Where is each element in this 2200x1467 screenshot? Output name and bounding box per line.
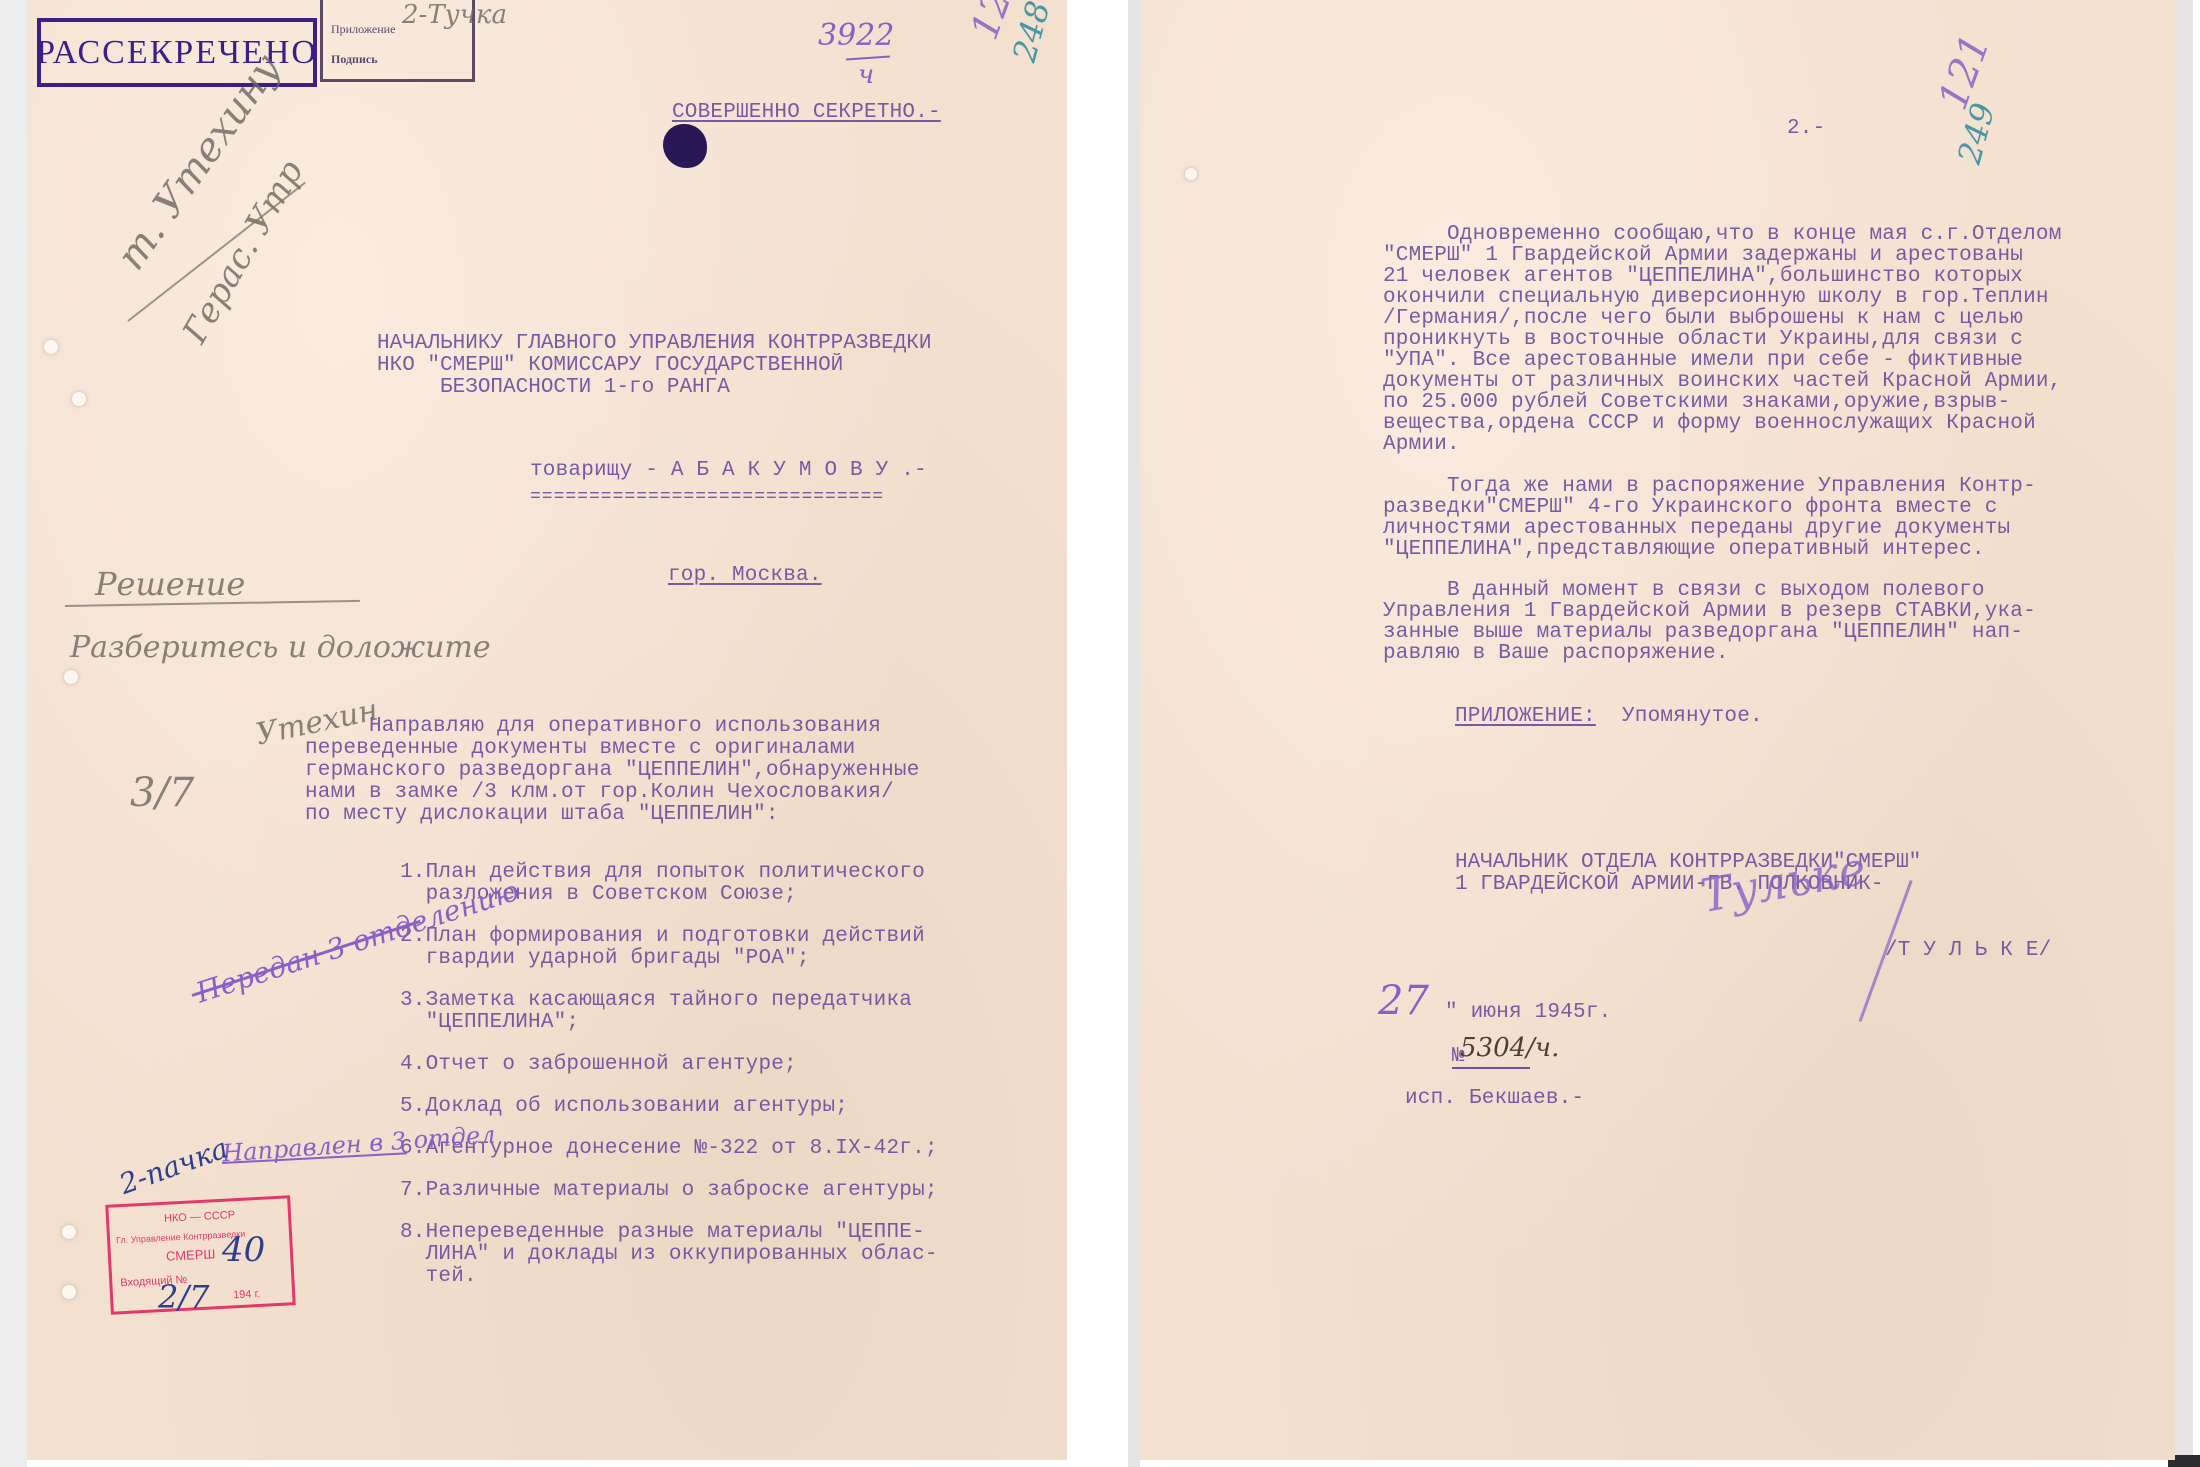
date-month-year: " июня 1945г. xyxy=(1445,1002,1611,1024)
registration-suffix: ч xyxy=(858,60,874,90)
document-page-2 xyxy=(1140,0,2175,1460)
page-number: 2.- xyxy=(1787,118,1825,140)
list-item-1-line-1: 1.План действия для попыток политическог… xyxy=(400,862,925,884)
punch-hole xyxy=(72,392,86,406)
margin-note-decision: Решение xyxy=(95,565,245,603)
scan-margin-right xyxy=(2175,0,2193,1460)
p1-line-1: Одновременно сообщаю,что в конце мая с.г… xyxy=(1383,224,2062,246)
p1-line-10: вещества,ордена СССР и форму военнослужа… xyxy=(1383,413,2036,435)
p3-line-3: занные выше материалы разведоргана "ЦЕПП… xyxy=(1383,622,2023,644)
classification-mark: СОВЕРШЕННО СЕКРЕТНО.- xyxy=(672,102,941,124)
punch-hole xyxy=(44,340,58,354)
p1-line-3: 21 человек агентов "ЦЕППЕЛИНА",большинст… xyxy=(1383,266,2023,288)
executor: исп. Бекшаев.- xyxy=(1405,1088,1584,1110)
list-item-8-line-1: 8.Непереведенные разные материалы "ЦЕППЕ… xyxy=(400,1222,925,1244)
registration-number: 3922 xyxy=(818,18,894,53)
p3-line-2: Управления 1 Гвардейской Армии в резерв … xyxy=(1383,601,2036,623)
scan-gutter xyxy=(1128,0,1140,1467)
list-item-8-line-2: ЛИНА" и доклады из оккупированных облас- xyxy=(400,1244,938,1266)
outgoing-number-underline xyxy=(1452,1067,1530,1069)
punch-hole xyxy=(62,1225,76,1239)
p1-line-5: /Германия/,после чего были выброшены к н… xyxy=(1383,308,2023,330)
p2-line-1: Тогда же нами в распоряжение Управления … xyxy=(1383,476,2036,498)
addressee-line-2: НКО "СМЕРШ" КОМИССАРУ ГОСУДАРСТВЕННОЙ xyxy=(377,355,843,377)
addressee-name: товарищу - А Б А К У М О В У .- xyxy=(530,460,927,482)
list-item-3-line-1: 3.Заметка касающаяся тайного передатчика xyxy=(400,990,912,1012)
red-stamp-line-3: СМЕРШ xyxy=(166,1246,216,1264)
list-item-2-line-1: 2.План формирования и подготовки действи… xyxy=(400,926,925,948)
p1-line-6: проникнуть в восточные области Украины,д… xyxy=(1383,329,2023,351)
signatory-name: /Т У Л Ь К Е/ xyxy=(1885,940,2051,962)
spacer xyxy=(1455,1030,1533,1032)
list-item-5: 5.Доклад об использовании агентуры; xyxy=(400,1096,848,1118)
p1-line-2: "СМЕРШ" 1 Гвардейской Армии задержаны и … xyxy=(1383,245,2023,267)
p2-line-2: разведки"СМЕРШ" 4-го Украинского фронта … xyxy=(1383,497,1998,519)
p1-line-8: документы от различных воинских частей К… xyxy=(1383,371,2062,393)
intro-line-4: нами в замке /3 клм.от гор.Колин Чехосло… xyxy=(305,782,894,804)
margin-note-instruction: Разберитесь и доложите xyxy=(70,630,491,665)
attachment-stamp-handwriting: 2-Тучка xyxy=(402,0,507,30)
addressee-rule: ============================== xyxy=(530,486,884,508)
date-day: 27 xyxy=(1378,978,1429,1024)
punch-hole xyxy=(64,670,78,684)
red-stamp-line-5: 194 г. xyxy=(233,1288,261,1301)
attachment-stamp-sub: Подпись xyxy=(331,52,378,67)
p1-line-11: Армии. xyxy=(1383,434,1460,456)
attachment-label: ПРИЛОЖЕНИЕ: xyxy=(1455,706,1596,728)
addressee-line-1: НАЧАЛЬНИКУ ГЛАВНОГО УПРАВЛЕНИЯ КОНТРРАЗВ… xyxy=(377,333,932,355)
stamp-date: 2/7 xyxy=(158,1278,210,1316)
intro-line-5: по месту дислокации штаба "ЦЕППЕЛИН": xyxy=(305,804,779,826)
intro-line-1: Направляю для оперативного использования xyxy=(305,716,881,738)
outgoing-number-value: 5304/ч. xyxy=(1460,1033,1559,1063)
stamp-number: 40 xyxy=(222,1230,265,1270)
list-item-3-line-2: "ЦЕППЕЛИНА"; xyxy=(400,1012,579,1034)
punch-hole xyxy=(1185,168,1197,180)
p3-line-1: В данный момент в связи с выходом полево… xyxy=(1383,580,1985,602)
addressee-line-3: БЕЗОПАСНОСТИ 1-го РАНГА xyxy=(377,377,730,399)
list-item-7: 7.Различные материалы о заброске агентур… xyxy=(400,1180,938,1202)
list-item-4: 4.Отчет о заброшенной агентуре; xyxy=(400,1054,797,1076)
list-item-8-line-3: тей. xyxy=(400,1266,477,1288)
scan-margin-left xyxy=(0,0,27,1467)
attachment-value: Упомянутое. xyxy=(1622,706,1763,728)
punch-hole xyxy=(62,1285,76,1299)
city: гор. Москва. xyxy=(668,565,822,587)
p2-line-4: "ЦЕППЕЛИНА",представляющие оперативный и… xyxy=(1383,539,1985,561)
red-stamp-line-1: НКО — СССР xyxy=(164,1209,236,1225)
attachment-stamp-label: Приложение xyxy=(331,22,395,37)
p1-line-9: по 25.000 рублей Советскими знаками,оруж… xyxy=(1383,392,2010,414)
margin-fraction: 3/7 xyxy=(130,770,194,816)
list-item-2-line-2: гвардии ударной бригады "РОА"; xyxy=(400,948,810,970)
p1-line-7: "УПА". Все арестованные имели при себе -… xyxy=(1383,350,2023,372)
intro-line-2: переведенные документы вместе с оригинал… xyxy=(305,738,856,760)
p1-line-4: окончили специальную диверсионную школу … xyxy=(1383,287,2049,309)
p3-line-4: равляю в Ваше распоряжение. xyxy=(1383,643,1729,665)
p2-line-3: личностями арестованных переданы другие … xyxy=(1383,518,2010,540)
intro-line-3: германского разведоргана "ЦЕППЕЛИН",обна… xyxy=(305,760,920,782)
ink-blot xyxy=(663,124,707,168)
